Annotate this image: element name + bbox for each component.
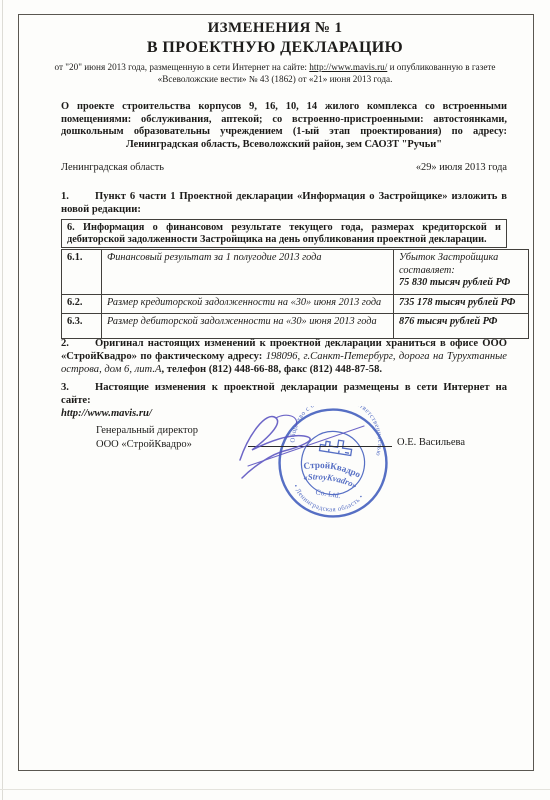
value-note: составляет:: [399, 265, 523, 278]
signatory-role-line2: ООО «СтройКвадро»: [96, 438, 198, 452]
row-number-cell: 6.2.: [62, 295, 102, 314]
value-note: Убыток Застройщика: [399, 252, 523, 265]
doc-title-line2: В ПРОЕКТНУЮ ДЕКЛАРАЦИЮ: [35, 39, 515, 57]
table-row: 6.2. Размер кредиторской задолженности н…: [62, 295, 529, 314]
table-row: 6.1. Финансовый результат за 1 полугодие…: [62, 250, 529, 295]
clause-2: 2.Оригинал настоящих изменений к проектн…: [61, 338, 507, 376]
value-amount: 876 тысяч рублей РФ: [399, 316, 523, 329]
subtitle-line2: «Всеволожские вести» № 43 (1862) от «21»…: [158, 74, 393, 84]
clause-2-number: 2.: [61, 338, 95, 351]
doc-subtitle: от "20" июня 2013 года, размещенную в се…: [35, 61, 515, 85]
row-label-cell: Финансовый результат за 1 полугодие 2013…: [102, 250, 394, 295]
meta-row: Ленинградская область «29» июля 2013 год…: [61, 162, 507, 173]
table-section-header: 6. Информация о финансовом результате те…: [61, 219, 507, 248]
clause-2-phone: , телефон (812) 448-66-88, факс (812) 44…: [161, 364, 382, 375]
clause-3-number: 3.: [61, 382, 95, 395]
subtitle-text-pre: от "20" июня 2013 года, размещенную в се…: [55, 62, 310, 72]
signature-ink-icon: [226, 402, 410, 500]
doc-title-line1: ИЗМЕНЕНИЯ № 1: [35, 20, 515, 37]
row-number-cell: 6.3.: [62, 314, 102, 339]
region-label: Ленинградская область: [61, 162, 164, 173]
clause-1-text: Пункт 6 части 1 Проектной декларации «Ин…: [61, 191, 507, 215]
row-value-cell: 735 178 тысяч рублей РФ: [394, 295, 529, 314]
clause-1: 1.Пункт 6 части 1 Проектной декларации «…: [61, 191, 507, 217]
row-number-cell: 6.1.: [62, 250, 102, 295]
date-label: «29» июля 2013 года: [416, 162, 507, 173]
scan-edge: [2, 0, 3, 800]
table-row: 6.3. Размер дебиторской задолженности на…: [62, 314, 529, 339]
signatory-role-line1: Генеральный директор: [96, 424, 198, 438]
mavis-link-text: http://www.mavis.ru/: [309, 62, 387, 72]
row-label-cell: Размер дебиторской задолженности на «30»…: [102, 314, 394, 339]
signatory-role: Генеральный директор ООО «СтройКвадро»: [96, 424, 198, 452]
value-amount: 75 830 тысяч рублей РФ: [399, 277, 523, 290]
subtitle-text-post: и опубликованную в газете: [387, 62, 495, 72]
financial-table: 6.1. Финансовый результат за 1 полугодие…: [61, 249, 529, 339]
value-amount: 735 178 тысяч рублей РФ: [399, 297, 523, 310]
scanned-page: ИЗМЕНЕНИЯ № 1 В ПРОЕКТНУЮ ДЕКЛАРАЦИЮ от …: [0, 0, 550, 800]
row-value-cell: Убыток Застройщика составляет: 75 830 ты…: [394, 250, 529, 295]
row-value-cell: 876 тысяч рублей РФ: [394, 314, 529, 339]
scan-edge: [0, 789, 550, 790]
row-label-cell: Размер кредиторской задолженности на «30…: [102, 295, 394, 314]
clause-1-number: 1.: [61, 191, 95, 204]
project-description: О проекте строительства корпусов 9, 16, …: [61, 101, 507, 151]
